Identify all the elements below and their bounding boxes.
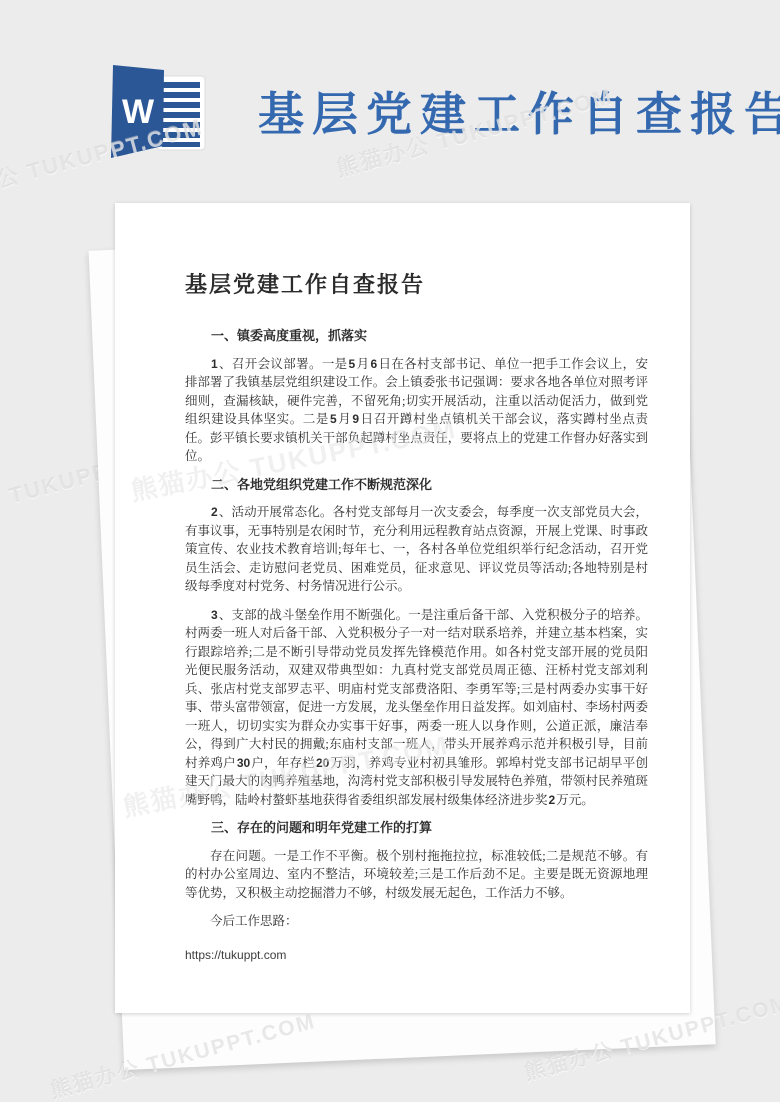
word-document-icon: W [107, 60, 213, 164]
section-heading: 二、各地党组织党建工作不断规范深化 [185, 476, 648, 495]
template-preview: 熊猫办公 TUKUPPT.COM 熊猫办公 TUKUPPT.COM 熊猫办公 T… [0, 0, 780, 1102]
document-page: 基层党建工作自查报告 一、镇委高度重视，抓落实1、召开会议部署。一是5月6日在各… [115, 203, 690, 1013]
paragraph: 2、活动开展常态化。各村党支部每月一次支委会，每季度一次支部党员大会，有事议事，… [185, 503, 648, 596]
paragraph: 1、召开会议部署。一是5月6日在各村支部书记、单位一把手工作会议上，安排部署了我… [185, 355, 648, 466]
word-letter: W [122, 93, 155, 131]
paragraph: 3、支部的战斗堡垒作用不断强化。一是注重后备干部、入党积极分子的培养。村两委一班… [185, 606, 648, 810]
document-body: 一、镇委高度重视，抓落实1、召开会议部署。一是5月6日在各村支部书记、单位一把手… [185, 327, 648, 931]
section-heading: 三、存在的问题和明年党建工作的打算 [185, 819, 648, 838]
section-heading: 一、镇委高度重视，抓落实 [185, 327, 648, 346]
page-title: 基层党建工作自查报告 [258, 88, 780, 140]
footer-url: https://tukuppt.com [185, 947, 648, 963]
document-title: 基层党建工作自查报告 [185, 271, 648, 299]
paragraph: 存在问题。一是工作不平衡。极个别村拖拖拉拉，标准较低;二是规范不够。有的村办公室… [185, 847, 648, 903]
paragraph: 今后工作思路： [185, 912, 648, 931]
header: W 基层党建工作自查报告 熊猫办公 TUKUPPT.COM 熊猫办公 TUKUP… [0, 0, 780, 180]
